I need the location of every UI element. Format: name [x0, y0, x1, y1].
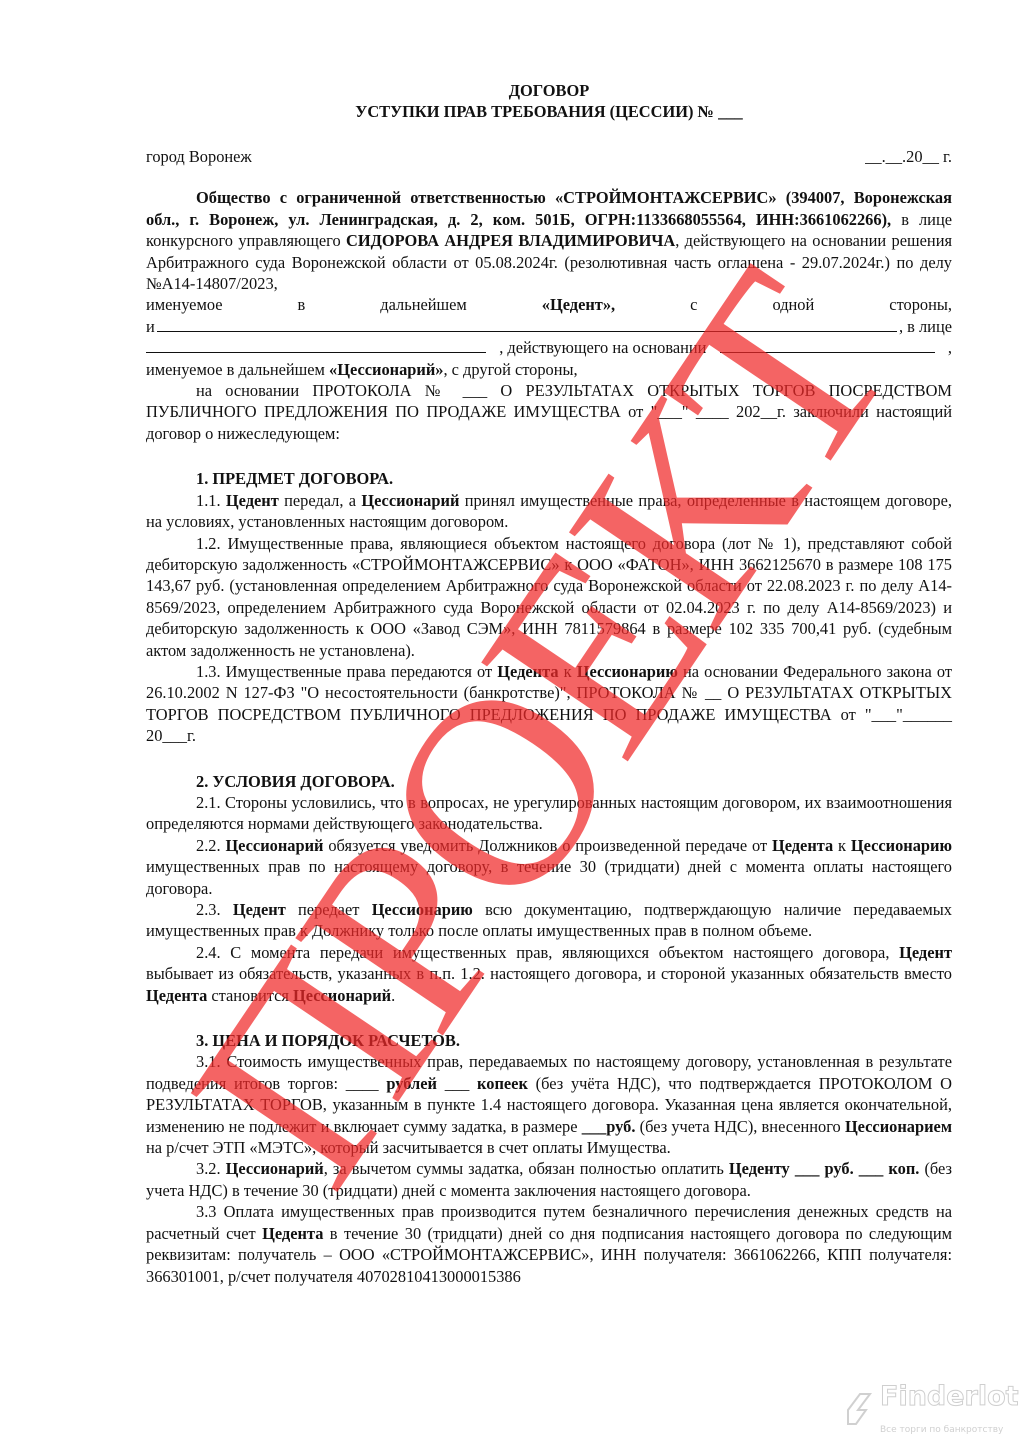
- representative-line: , действующего на основании ,: [146, 337, 952, 358]
- clause-3-1: 3.1. Стоимость имущественных прав, перед…: [146, 1051, 952, 1158]
- city: город Воронеж: [146, 146, 252, 167]
- cessionary-name-line: и , в лице: [146, 316, 952, 337]
- cessionary-name-blank: [157, 316, 897, 332]
- finderlot-watermark: Finderlot Все торги по банкротству: [840, 1382, 1010, 1438]
- clause-3-2: 3.2. Цессионарий, за вычетом суммы задат…: [146, 1158, 952, 1201]
- clause-3-3: 3.3 Оплата имущественных прав производит…: [146, 1201, 952, 1287]
- watermark-tagline: Все торги по банкротству: [880, 1420, 1003, 1441]
- clause-1-3: 1.3. Имущественные права передаются от Ц…: [146, 661, 952, 747]
- clause-2-3: 2.3. Цедент передает Цессионарию всю док…: [146, 899, 952, 942]
- document-title: ДОГОВОР: [146, 80, 952, 101]
- section-1-heading: 1. ПРЕДМЕТ ДОГОВОРА.: [146, 468, 952, 489]
- protocol-paragraph: на основании ПРОТОКОЛА № ___ О РЕЗУЛЬТАТ…: [146, 380, 952, 444]
- section-3-heading: 3. ЦЕНА И ПОРЯДОК РАСЧЕТОВ.: [146, 1030, 952, 1051]
- representative-blank: [146, 337, 486, 353]
- clause-1-2: 1.2. Имущественные права, являющиеся объ…: [146, 533, 952, 661]
- city-date-row: город Воронеж __.__.20__ г.: [146, 146, 952, 167]
- watermark-brand: Finderlot: [880, 1386, 1019, 1407]
- preamble-paragraph: Общество с ограниченной ответственностью…: [146, 187, 952, 294]
- clause-2-1: 2.1. Стороны условились, что в вопросах,…: [146, 792, 952, 835]
- section-2-heading: 2. УСЛОВИЯ ДОГОВОРА.: [146, 771, 952, 792]
- contract-date: __.__.20__ г.: [865, 146, 952, 167]
- basis-blank: [720, 337, 935, 353]
- clause-1-1: 1.1. Цедент передал, а Цессионарий приня…: [146, 490, 952, 533]
- cessionary-named: именуемое в дальнейшем «Цессионарий», с …: [146, 359, 952, 380]
- document-body: ДОГОВОР УСТУПКИ ПРАВ ТРЕБОВАНИЯ (ЦЕССИИ)…: [146, 80, 952, 1287]
- manager-name: СИДОРОВА АНДРЕЯ ВЛАДИМИРОВИЧА: [346, 231, 675, 250]
- finderlot-logo-icon: [844, 1388, 874, 1428]
- document-page: ДОГОВОР УСТУПКИ ПРАВ ТРЕБОВАНИЯ (ЦЕССИИ)…: [0, 0, 1024, 1448]
- clause-2-2: 2.2. Цессионарий обязуется уведомить Дол…: [146, 835, 952, 899]
- document-subtitle: УСТУПКИ ПРАВ ТРЕБОВАНИЯ (ЦЕССИИ) № ___: [146, 101, 952, 122]
- named-cedent-line: именуемое в дальнейшем «Цедент», с одной…: [146, 294, 952, 315]
- clause-2-4: 2.4. С момента передачи имущественных пр…: [146, 942, 952, 1006]
- cedent-details: Общество с ограниченной ответственностью…: [146, 188, 952, 228]
